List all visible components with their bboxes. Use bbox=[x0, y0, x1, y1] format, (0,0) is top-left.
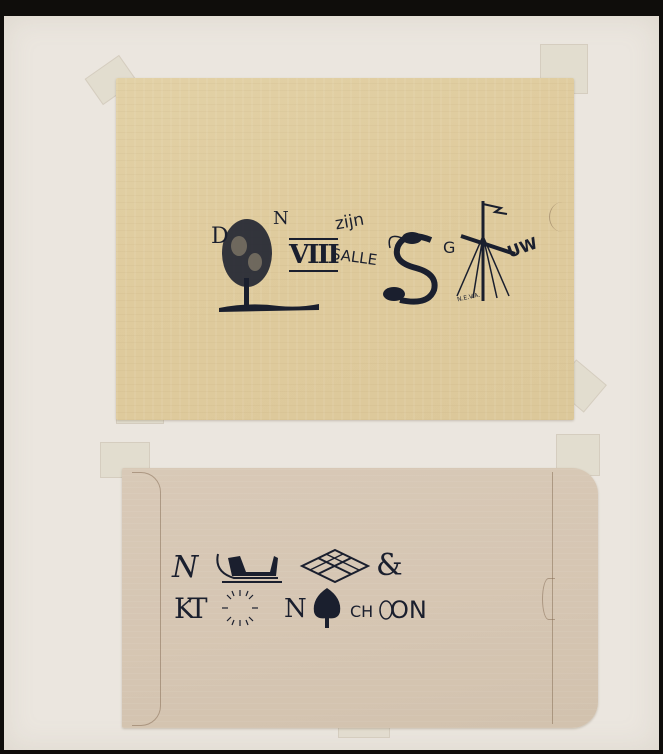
rebus-letter-n: N bbox=[273, 208, 289, 229]
rebus-letter-n2: N bbox=[284, 594, 307, 624]
rebus-letters-kt: KT bbox=[174, 592, 202, 625]
grid-rack-icon bbox=[300, 548, 370, 588]
envelope-top: D N VIII zijn SALLE bbox=[116, 78, 574, 420]
sleigh-icon bbox=[212, 548, 282, 588]
envelope-flap-left bbox=[132, 472, 161, 726]
rebus-bottom: N & KT bbox=[172, 548, 432, 638]
tree-icon bbox=[310, 586, 344, 630]
rebus-letter-n1: N bbox=[172, 550, 198, 585]
envelope-bottom: N & KT bbox=[122, 468, 598, 728]
mounting-card: D N VIII zijn SALLE bbox=[4, 16, 659, 750]
rebus-ampersand: & bbox=[376, 548, 403, 583]
rebus-letters-on: ON bbox=[390, 596, 427, 624]
envelope-flap-curve bbox=[549, 202, 576, 232]
rebus-letters-ch: CH bbox=[350, 602, 373, 621]
sunburst-icon bbox=[220, 588, 260, 628]
rebus-top: D N VIII zijn SALLE bbox=[211, 198, 531, 318]
rebus-word-zijn: zijn bbox=[333, 210, 365, 235]
envelope-flap-notch bbox=[542, 578, 555, 620]
